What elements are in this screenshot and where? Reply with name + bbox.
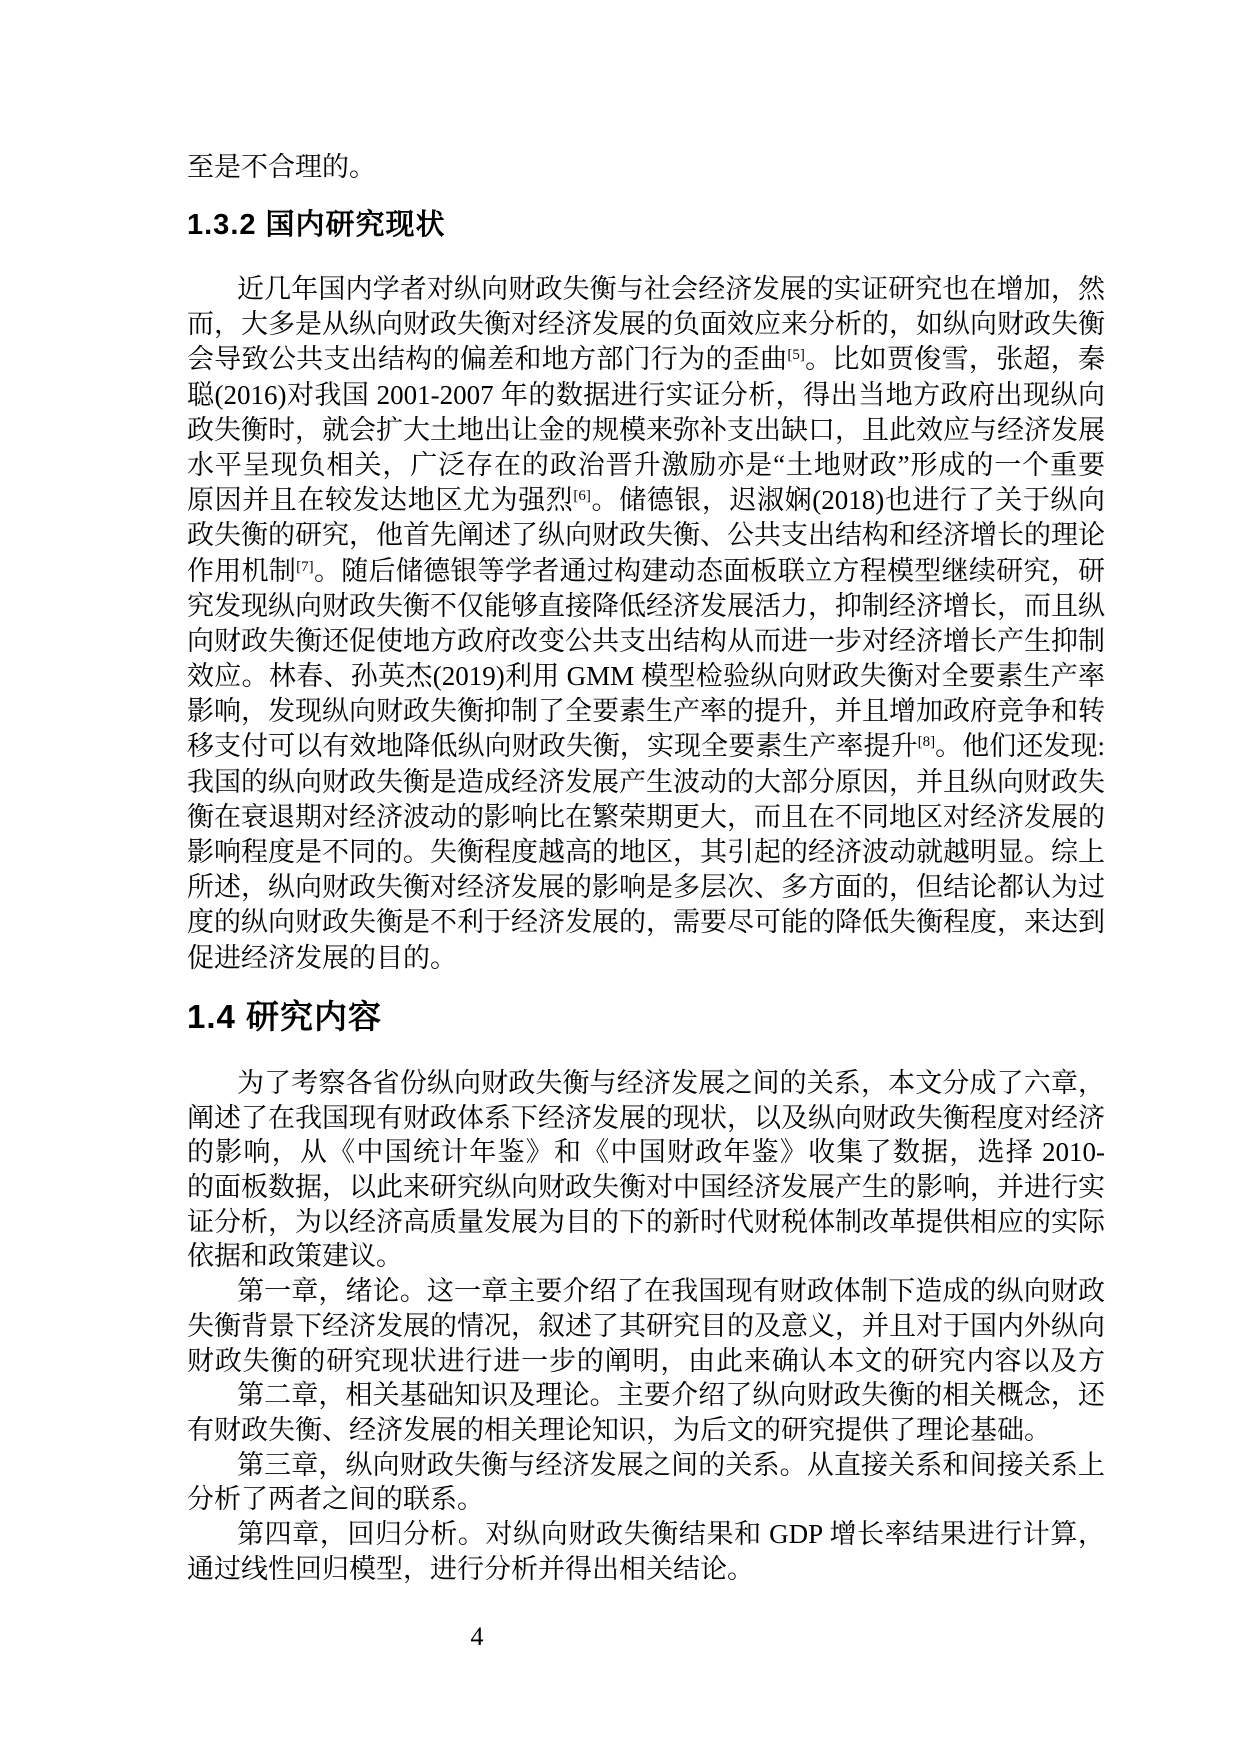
paragraph-domestic-research: 近几年国内学者对纵向财政失衡与社会经济发展的实证研究也在增加，然而，大多是从纵向… <box>187 272 1105 976</box>
paragraph-research-content: 为了考察各省份纵向财政失衡与经济发展之间的关系，本文分成了六章，阐述了在我国现有… <box>187 1066 1105 1586</box>
text-line: 政失衡时，就会扩大土地出让金的规模来弥补支出缺口，且此效应与经济发展 <box>187 413 1105 448</box>
text-line: 阐述了在我国现有财政体系下经济发展的现状，以及纵向财政失衡程度对经济 <box>187 1101 1105 1136</box>
text-line: 的面板数据，以此来研究纵向财政失衡对中国经济发展产生的影响，并进行实 <box>187 1170 1105 1205</box>
text-line: 影响，发现纵向财政失衡抑制了全要素生产率的提升，并且增加政府竞争和转 <box>187 694 1105 729</box>
text-line: 通过线性回归模型，进行分析并得出相关结论。 <box>187 1552 1105 1587</box>
text-line: 究发现纵向财政失衡不仅能够直接降低经济发展活力，抑制经济增长，而且纵 <box>187 589 1105 624</box>
text-line: 财政失衡的研究现状进行进一步的阐明，由此来确认本文的研究内容以及方法。 <box>187 1344 1105 1379</box>
text-line: 近几年国内学者对纵向财政失衡与社会经济发展的实证研究也在增加，然 <box>187 272 1105 307</box>
text-line: 依据和政策建议。 <box>187 1239 1105 1274</box>
text-line: 分析了两者之间的联系。 <box>187 1482 1105 1517</box>
text-line: 作用机制[7]。随后储德银等学者通过构建动态面板联立方程模型继续研究，研 <box>187 554 1105 589</box>
text-line: 效应。林春、孙英杰(2019)利用 GMM 模型检验纵向财政失衡对全要素生产率的 <box>187 659 1105 694</box>
citation-superscript: [5] <box>787 347 805 363</box>
text-line: 所述，纵向财政失衡对经济发展的影响是多层次、多方面的，但结论都认为过 <box>187 870 1105 905</box>
text-line: 第三章，纵向财政失衡与经济发展之间的关系。从直接关系和间接关系上 <box>187 1448 1105 1483</box>
text-line: 第四章，回归分析。对纵向财政失衡结果和 GDP 增长率结果进行计算，再 <box>187 1517 1105 1552</box>
citation-superscript: [6] <box>573 488 591 504</box>
text-line: 第一章，绪论。这一章主要介绍了在我国现有财政体制下造成的纵向财政 <box>187 1274 1105 1309</box>
text-line: 会导致公共支出结构的偏差和地方部门行为的歪曲[5]。比如贾俊雪，张超，秦 <box>187 342 1105 377</box>
text-line: 影响程度是不同的。失衡程度越高的地区，其引起的经济波动就越明显。综上 <box>187 835 1105 870</box>
text-line: 移支付可以有效地降低纵向财政失衡，实现全要素生产率提升[8]。他们还发现: <box>187 729 1105 764</box>
section-heading-research-content: 1.4 研究内容 <box>187 997 1105 1037</box>
text-line: 原因并且在较发达地区尤为强烈[6]。储德银，迟淑娴(2018)也进行了关于纵向财 <box>187 483 1105 518</box>
text-line: 证分析，为以经济高质量发展为目的下的新时代财税体制改革提供相应的实际 <box>187 1205 1105 1240</box>
text-line: 为了考察各省份纵向财政失衡与经济发展之间的关系，本文分成了六章， <box>187 1066 1105 1101</box>
text-line: 我国的纵向财政失衡是造成经济发展产生波动的大部分原因，并且纵向财政失 <box>187 765 1105 800</box>
text-line: 失衡背景下经济发展的情况，叙述了其研究目的及意义，并且对于国内外纵向 <box>187 1309 1105 1344</box>
page-number: 4 <box>427 1620 527 1654</box>
citation-superscript: [8] <box>918 734 936 750</box>
text-line: 有财政失衡、经济发展的相关理论知识，为后文的研究提供了理论基础。 <box>187 1413 1105 1448</box>
text-line: 聪(2016)对我国 2001-2007 年的数据进行实证分析，得出当地方政府出… <box>187 378 1105 413</box>
text-line: 向财政失衡还促使地方政府改变公共支出结构从而进一步对经济增长产生抑制 <box>187 624 1105 659</box>
text-line: 政失衡的研究，他首先阐述了纵向财政失衡、公共支出结构和经济增长的理论 <box>187 518 1105 553</box>
thesis-page: 至是不合理的。 1.3.2 国内研究现状 近几年国内学者对纵向财政失衡与社会经济… <box>0 0 1240 1754</box>
continuation-paragraph-line: 至是不合理的。 <box>187 150 1105 184</box>
text-line: 水平呈现负相关，广泛存在的政治晋升激励亦是“土地财政”形成的一个重要 <box>187 448 1105 483</box>
text-line: 而，大多是从纵向财政失衡对经济发展的负面效应来分析的，如纵向财政失衡 <box>187 307 1105 342</box>
text-line: 第二章，相关基础知识及理论。主要介绍了纵向财政失衡的相关概念，还 <box>187 1378 1105 1413</box>
section-heading-domestic-research-status: 1.3.2 国内研究现状 <box>187 207 1105 243</box>
text-line: 衡在衰退期对经济波动的影响比在繁荣期更大，而且在不同地区对经济发展的 <box>187 800 1105 835</box>
text-line: 的影响，从《中国统计年鉴》和《中国财政年鉴》收集了数据，选择 2010-2019 <box>187 1135 1105 1170</box>
citation-superscript: [7] <box>296 559 314 575</box>
text-line: 度的纵向财政失衡是不利于经济发展的，需要尽可能的降低失衡程度，来达到 <box>187 905 1105 940</box>
text-line: 促进经济发展的目的。 <box>187 941 1105 976</box>
